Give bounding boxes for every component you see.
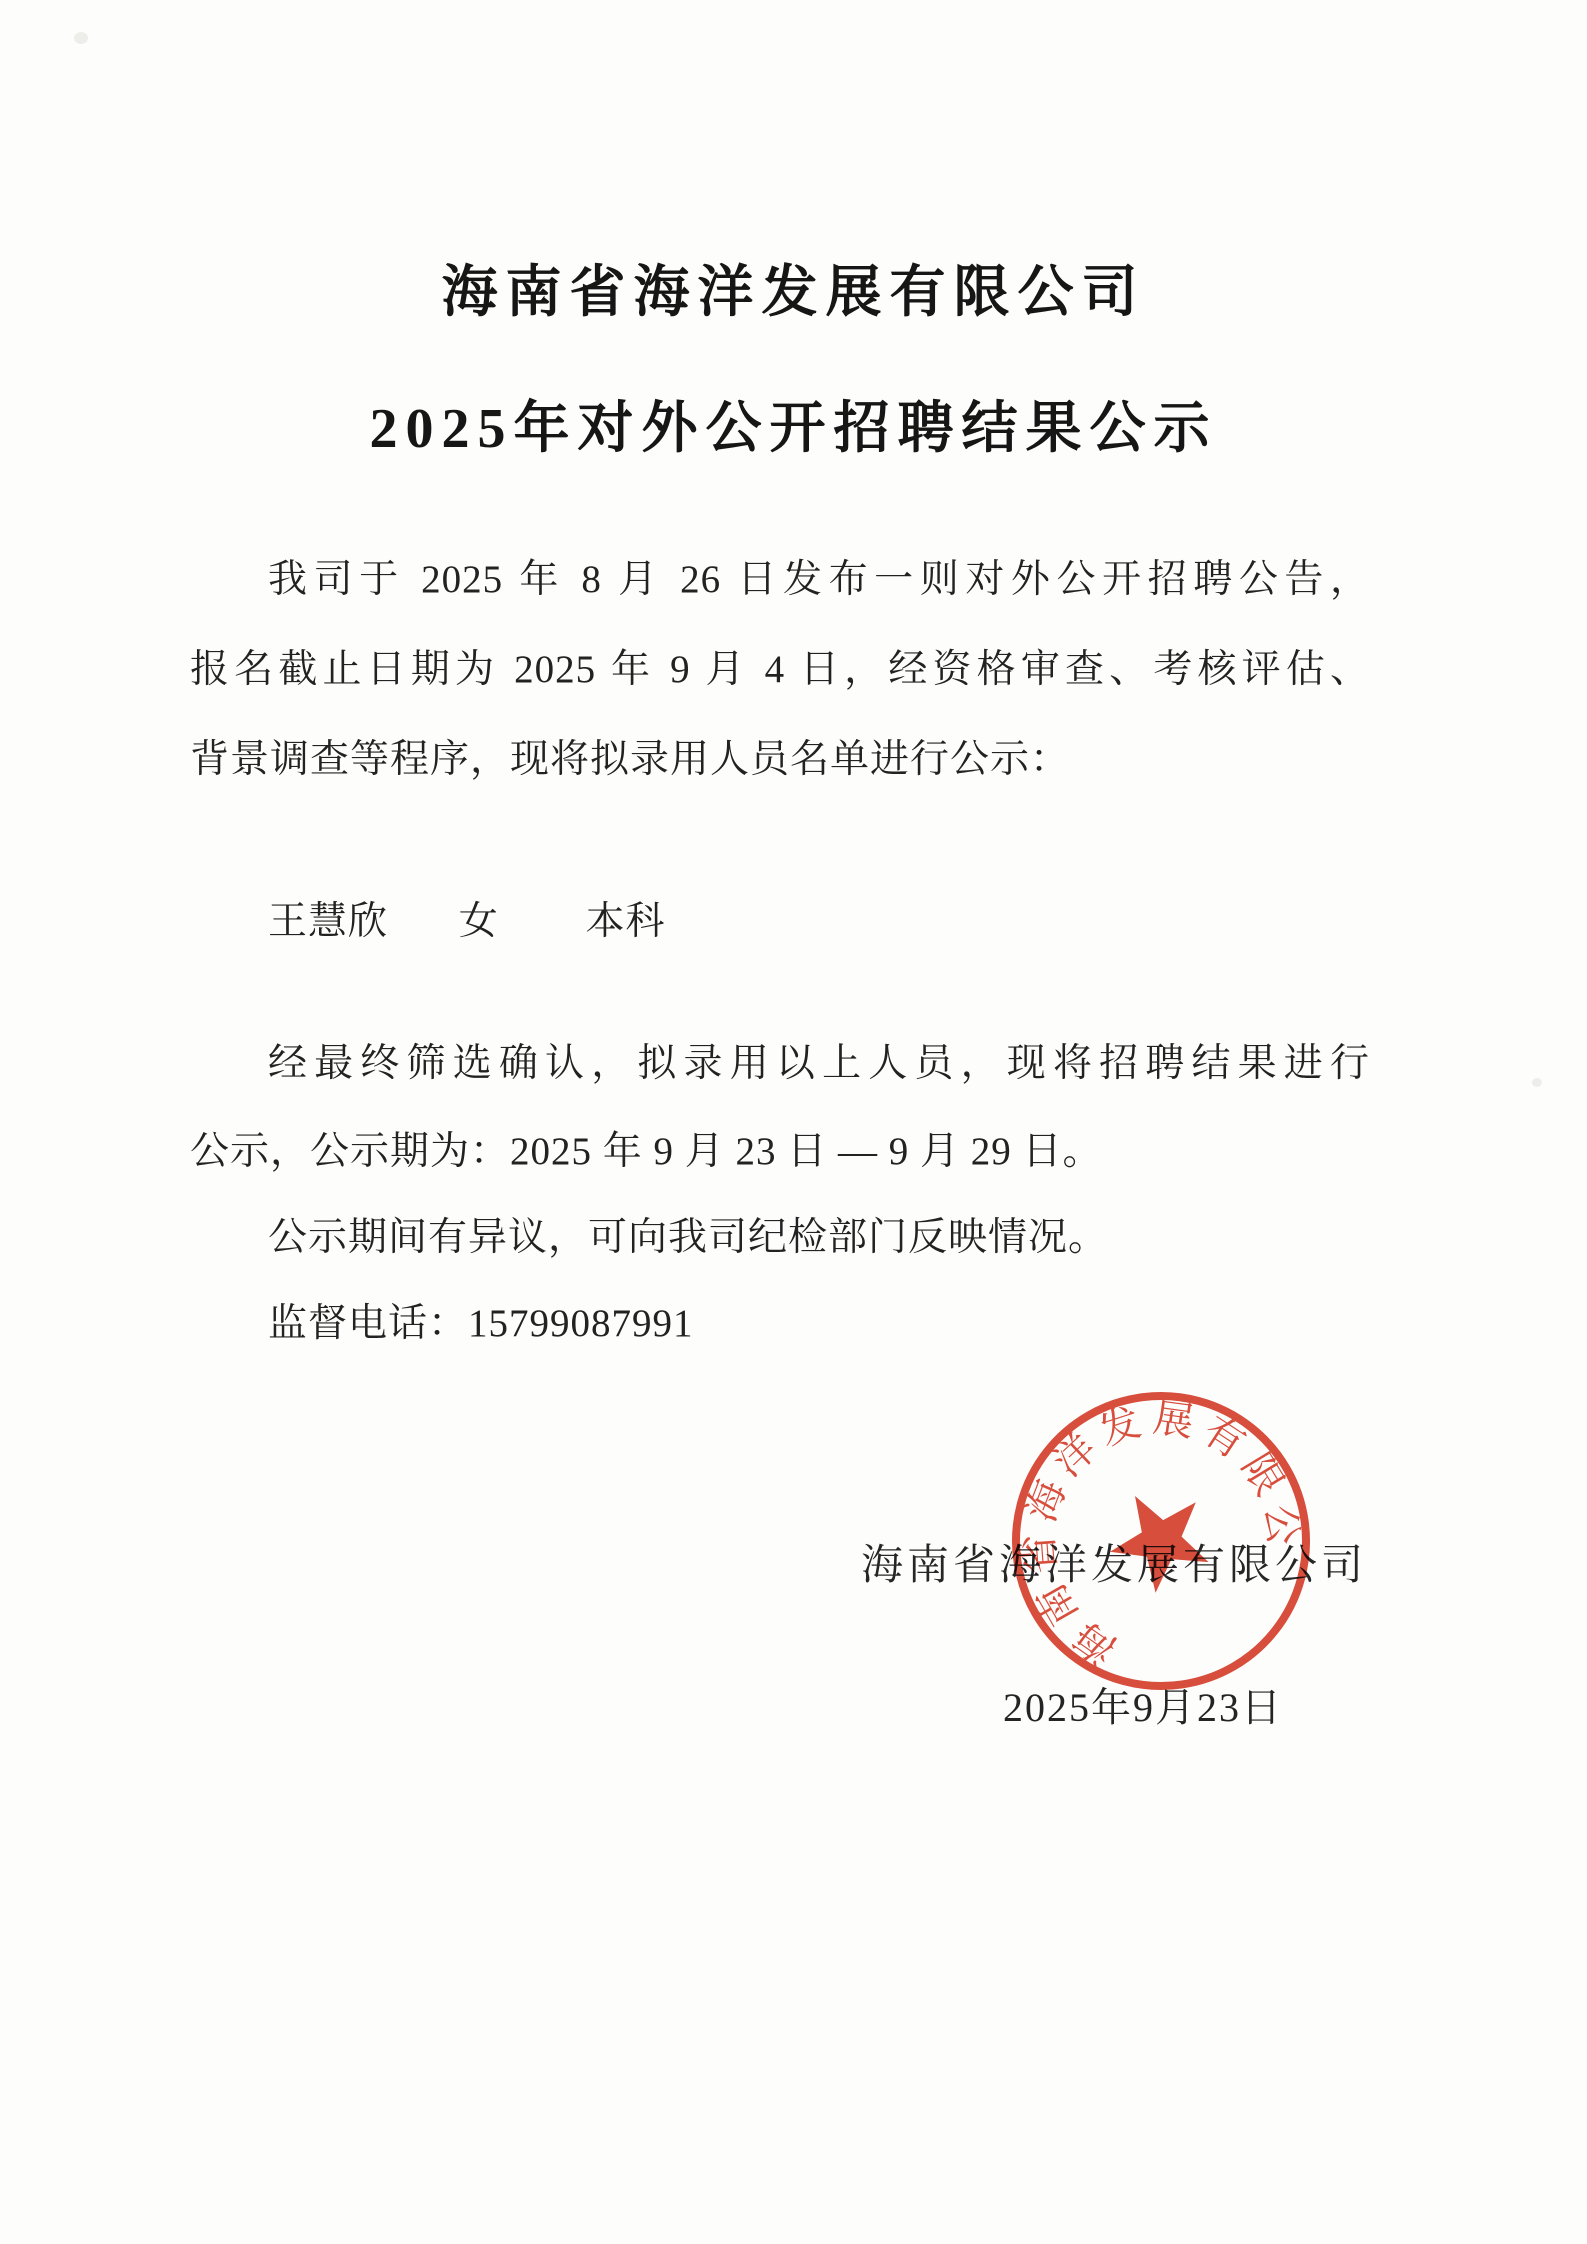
document-title-line1: 海南省海洋发展有限公司	[0, 248, 1587, 328]
scan-artifact	[1532, 1078, 1542, 1087]
candidate-row: 王慧欣 女 本科	[190, 898, 1370, 947]
paragraph3: 公示期间有异议，可向我司纪检部门反映情况。	[190, 1214, 1370, 1263]
hotline-row: 监督电话：15799087991	[190, 1300, 1370, 1349]
paragraph2-line1: 经最终筛选确认，拟录用以上人员，现将招聘结果进行	[190, 1040, 1370, 1089]
signature-date: 2025年9月23日	[1003, 1676, 1283, 1733]
paragraph1-line1: 我司于 2025 年 8 月 26 日发布一则对外公开招聘公告，	[190, 556, 1370, 605]
candidate-name: 王慧欣	[268, 898, 388, 947]
hotline-number: 15799087991	[468, 1302, 694, 1345]
paragraph2-line2: 公示，公示期为：2025 年 9 月 23 日 — 9 月 29 日。	[190, 1128, 1370, 1177]
paragraph1-line3: 背景调查等程序，现将拟录用人员名单进行公示：	[190, 736, 1370, 785]
hotline-label: 监督电话：	[268, 1302, 468, 1345]
paragraph1-line2: 报名截止日期为 2025 年 9 月 4 日，经资格审查、考核评估、	[190, 646, 1370, 695]
document-page: 海南省海洋发展有限公司 2025年对外公开招聘结果公示 我司于 2025 年 8…	[0, 0, 1587, 2244]
candidate-gender: 女	[459, 898, 499, 947]
star-icon	[1092, 1471, 1225, 1602]
document-title-line2: 2025年对外公开招聘结果公示	[0, 384, 1587, 464]
scan-artifact	[74, 32, 88, 44]
candidate-education: 本科	[586, 898, 666, 947]
